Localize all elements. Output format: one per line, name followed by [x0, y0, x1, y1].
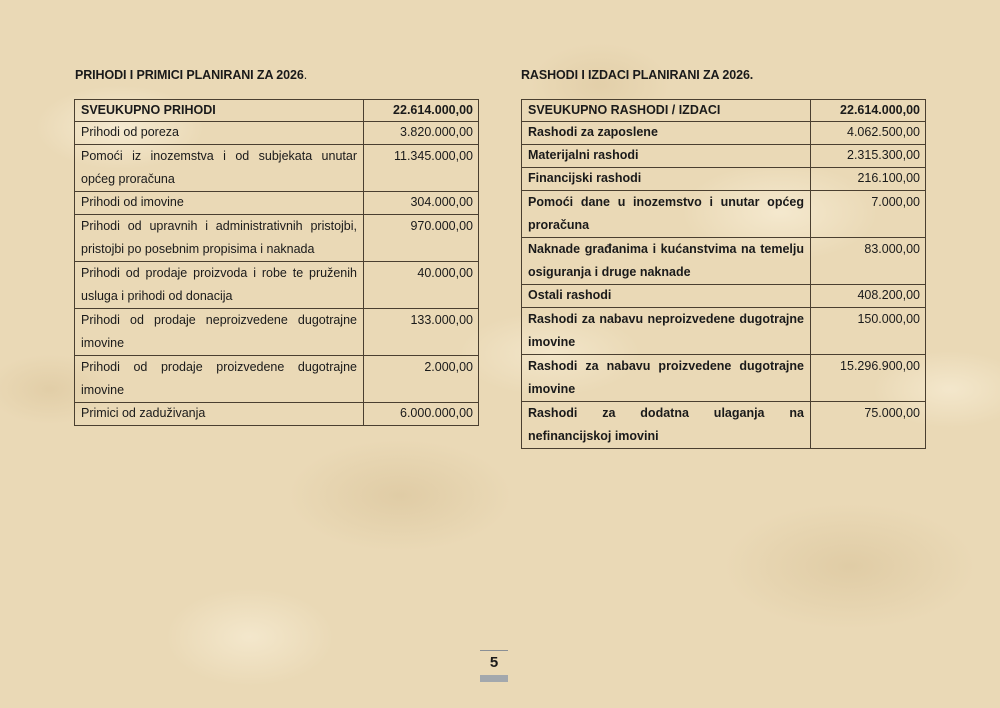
income-row-amount: 304.000,00	[364, 192, 479, 215]
expenses-row-label: Materijalni rashodi	[522, 145, 811, 168]
expenses-row-label: Ostali rashodi	[522, 285, 811, 308]
income-title-suffix: .	[304, 68, 307, 82]
income-table: SVEUKUPNO PRIHODI 22.614.000,00 Prihodi …	[74, 99, 479, 426]
expenses-row-label: Rashodi za nabavu neproizvedene dugotraj…	[522, 308, 811, 355]
income-row: Prihodi od prodaje proizvoda i robe te p…	[75, 262, 479, 309]
expenses-row: Rashodi za nabavu neproizvedene dugotraj…	[522, 308, 926, 355]
expenses-row: Pomoći dane u inozemstvo i unutar općeg …	[522, 191, 926, 238]
income-row-label: Prihodi od prodaje neproizvedene dugotra…	[75, 309, 364, 356]
expenses-row: Rashodi za nabavu proizvedene dugotrajne…	[522, 355, 926, 402]
expenses-row: Rashodi za zaposlene 4.062.500,00	[522, 122, 926, 145]
expenses-row-label: Financijski rashodi	[522, 168, 811, 191]
income-row: Prihodi od upravnih i administrativnih p…	[75, 215, 479, 262]
expenses-row: Materijalni rashodi 2.315.300,00	[522, 145, 926, 168]
expenses-row-label: Pomoći dane u inozemstvo i unutar općeg …	[522, 191, 811, 238]
expenses-row-amount: 4.062.500,00	[811, 122, 926, 145]
footer-bar	[480, 675, 508, 682]
expenses-row-label: Rashodi za nabavu proizvedene dugotrajne…	[522, 355, 811, 402]
income-row-amount: 970.000,00	[364, 215, 479, 262]
expenses-section-title: RASHODI I IZDACI PLANIRANI ZA 2026.	[521, 68, 753, 82]
income-row-label: Primici od zaduživanja	[75, 403, 364, 426]
expenses-row-amount: 15.296.900,00	[811, 355, 926, 402]
income-row-amount: 40.000,00	[364, 262, 479, 309]
income-row: Pomoći iz inozemstva i od subjekata unut…	[75, 145, 479, 192]
income-row-label: Prihodi od upravnih i administrativnih p…	[75, 215, 364, 262]
income-row-label: Prihodi od prodaje proizvedene dugotrajn…	[75, 356, 364, 403]
income-row: Primici od zaduživanja 6.000.000,00	[75, 403, 479, 426]
expenses-row-amount: 150.000,00	[811, 308, 926, 355]
income-row-amount: 133.000,00	[364, 309, 479, 356]
income-row: Prihodi od poreza 3.820.000,00	[75, 122, 479, 145]
expenses-row-amount: 216.100,00	[811, 168, 926, 191]
income-title-text: PRIHODI I PRIMICI PLANIRANI ZA 2026	[75, 68, 304, 82]
income-row: Prihodi od prodaje proizvedene dugotrajn…	[75, 356, 479, 403]
income-row-amount: 6.000.000,00	[364, 403, 479, 426]
expenses-row-label: Rashodi za dodatna ulaganja na nefinanci…	[522, 402, 811, 449]
expenses-row-label: Rashodi za zaposlene	[522, 122, 811, 145]
expenses-row-amount: 75.000,00	[811, 402, 926, 449]
income-row-label: Prihodi od imovine	[75, 192, 364, 215]
income-section-title: PRIHODI I PRIMICI PLANIRANI ZA 2026.	[75, 68, 307, 82]
income-row-amount: 11.345.000,00	[364, 145, 479, 192]
income-total-label: SVEUKUPNO PRIHODI	[75, 100, 364, 122]
footer-rule	[480, 650, 508, 651]
expenses-row-amount: 7.000,00	[811, 191, 926, 238]
expenses-row: Rashodi za dodatna ulaganja na nefinanci…	[522, 402, 926, 449]
expenses-row-label: Naknade građanima i kućanstvima na temel…	[522, 238, 811, 285]
income-row-amount: 2.000,00	[364, 356, 479, 403]
expenses-total-label: SVEUKUPNO RASHODI / IZDACI	[522, 100, 811, 122]
income-row: Prihodi od imovine 304.000,00	[75, 192, 479, 215]
expenses-row: Financijski rashodi 216.100,00	[522, 168, 926, 191]
expenses-row: Ostali rashodi 408.200,00	[522, 285, 926, 308]
income-row-label: Pomoći iz inozemstva i od subjekata unut…	[75, 145, 364, 192]
expenses-total-row: SVEUKUPNO RASHODI / IZDACI 22.614.000,00	[522, 100, 926, 122]
income-row-label: Prihodi od poreza	[75, 122, 364, 145]
page-footer: 5	[480, 650, 508, 682]
income-row-label: Prihodi od prodaje proizvoda i robe te p…	[75, 262, 364, 309]
income-total-amount: 22.614.000,00	[364, 100, 479, 122]
income-row: Prihodi od prodaje neproizvedene dugotra…	[75, 309, 479, 356]
income-total-row: SVEUKUPNO PRIHODI 22.614.000,00	[75, 100, 479, 122]
expenses-total-amount: 22.614.000,00	[811, 100, 926, 122]
expenses-row-amount: 2.315.300,00	[811, 145, 926, 168]
expenses-table: SVEUKUPNO RASHODI / IZDACI 22.614.000,00…	[521, 99, 926, 449]
page-number: 5	[480, 653, 508, 673]
income-row-amount: 3.820.000,00	[364, 122, 479, 145]
expenses-row: Naknade građanima i kućanstvima na temel…	[522, 238, 926, 285]
expenses-row-amount: 83.000,00	[811, 238, 926, 285]
expenses-row-amount: 408.200,00	[811, 285, 926, 308]
